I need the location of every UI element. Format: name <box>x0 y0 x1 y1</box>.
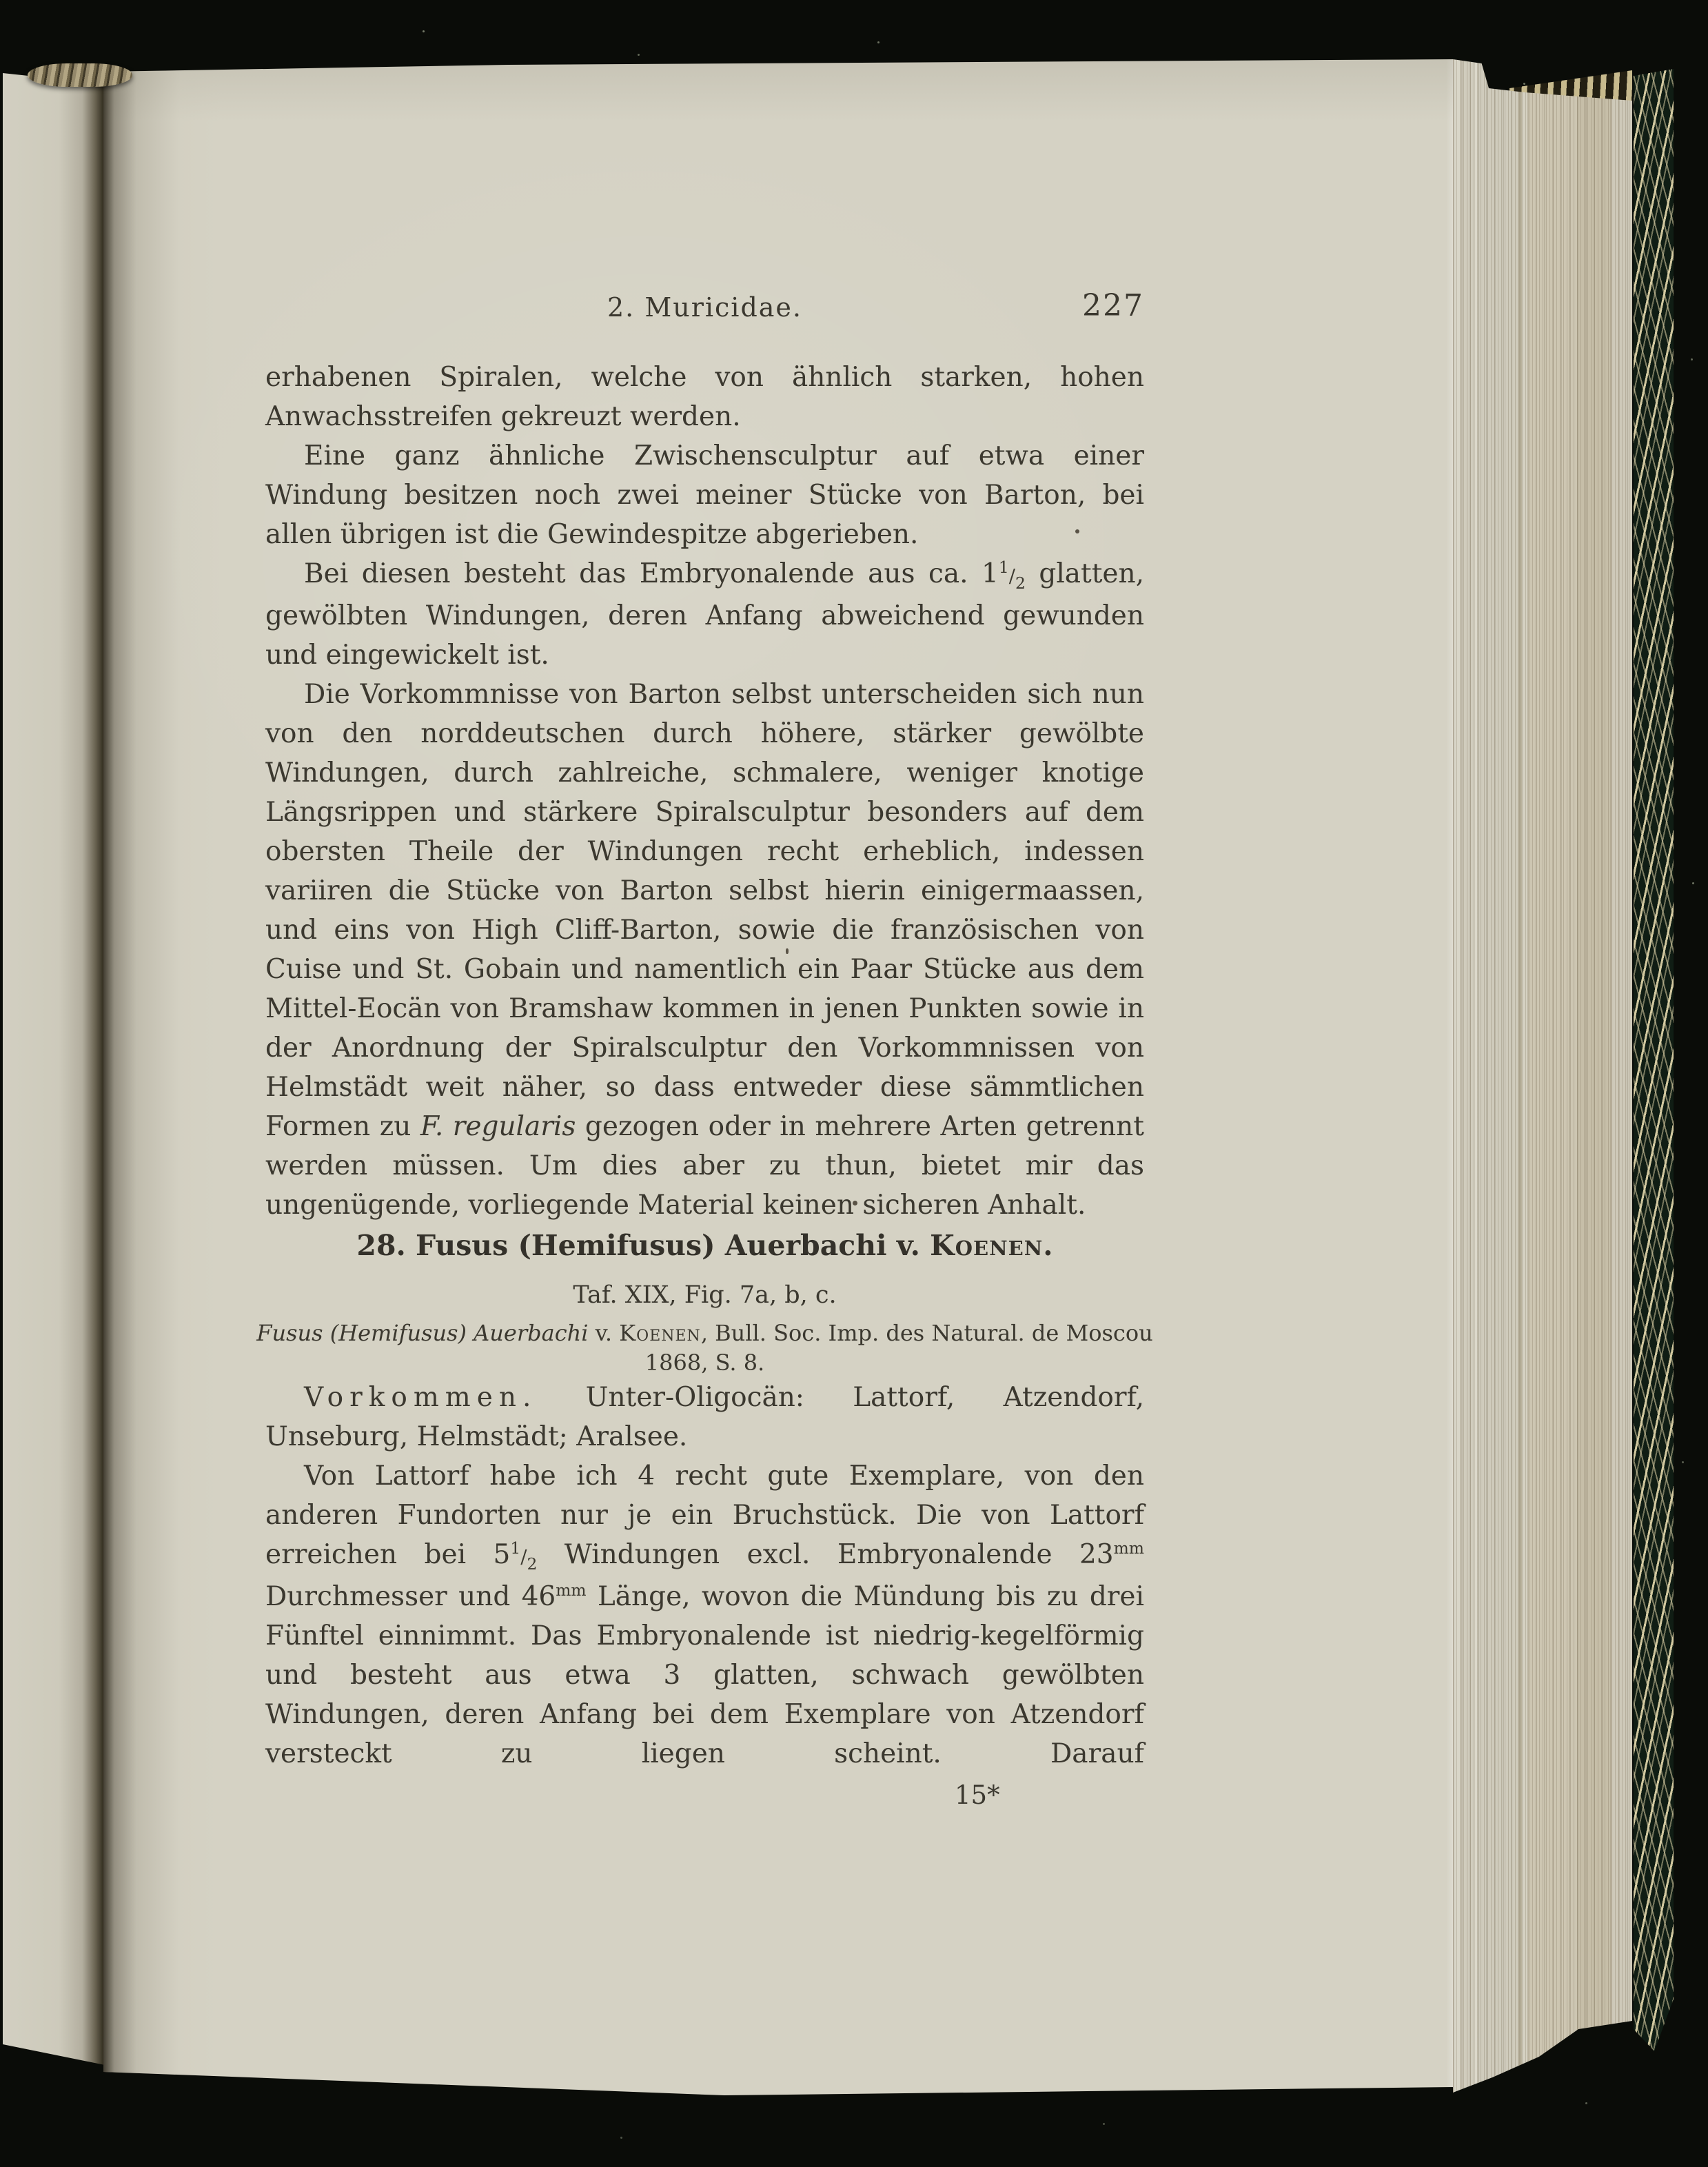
running-header: 2. Muricidae. 227 <box>265 292 1144 334</box>
header-title: 2. Muricidae. <box>265 292 1144 323</box>
ink-speck <box>786 948 789 954</box>
description-paragraph: Von Lattorf habe ich 4 recht gute Exempl… <box>265 1456 1144 1773</box>
marbled-cover-edge <box>1634 69 1674 2051</box>
citation: Fusus (Hemifusus) Auerbachi v. Koenen, B… <box>242 1319 1168 1378</box>
species-heading: 28. Fusus (Hemifusus) Auerbachi v. Koene… <box>265 1225 1144 1266</box>
figure-reference: Taf. XIX, Fig. 7a, b, c. <box>265 1279 1144 1312</box>
paragraph: Eine ganz ähnliche Zwischensculptur auf … <box>265 436 1144 554</box>
dust-specks <box>423 30 425 32</box>
signature-mark: 15* <box>265 1779 1144 1812</box>
paragraph-continuation: erhabenen Spiralen, welche von ähnlich s… <box>265 358 1144 436</box>
book-scan-scene: 2. Muricidae. 227 erhabenen Spiralen, we… <box>0 0 1708 2167</box>
page-stack-fore-edge <box>1453 59 1632 2094</box>
facing-page-edge <box>3 68 105 2075</box>
paragraph: Bei diesen besteht das Embryonalende aus… <box>265 554 1144 675</box>
ink-speck <box>853 1201 857 1205</box>
text-block: erhabenen Spiralen, welche von ähnlich s… <box>265 358 1144 1812</box>
headband <box>28 63 132 87</box>
page-number: 227 <box>1082 288 1144 323</box>
occurrence-paragraph: Vorkommen. Unter-Oligocän: Lattorf, Atze… <box>265 1378 1144 1456</box>
paragraph: Die Vorkommnisse von Barton selbst unter… <box>265 675 1144 1225</box>
ink-speck <box>1075 529 1079 533</box>
